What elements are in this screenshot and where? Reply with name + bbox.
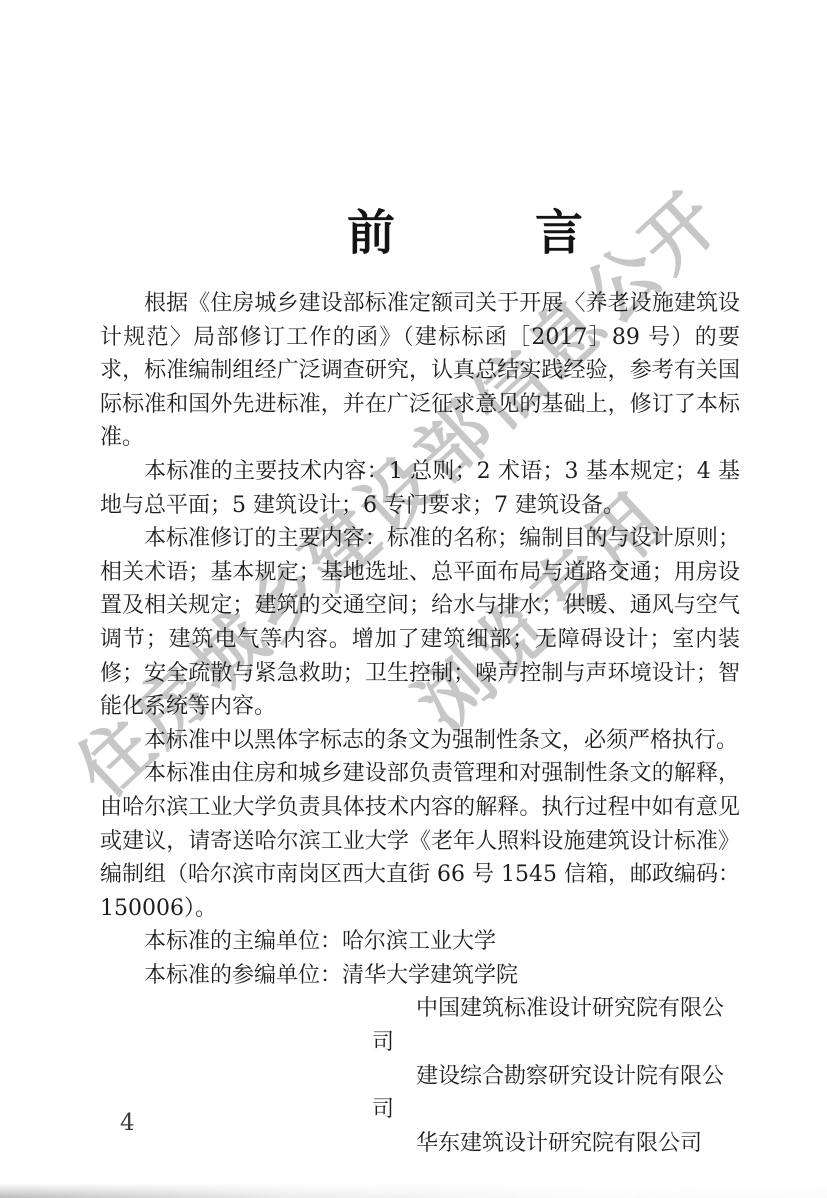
participating-unit: 中国建筑标准设计研究院有限公司 xyxy=(100,992,740,1059)
page-title: 前言 xyxy=(145,194,785,263)
participating-unit: 建设综合勘察研究设计院有限公司 xyxy=(100,1060,740,1127)
page-number: 4 xyxy=(120,1110,135,1136)
preface-paragraph-5: 本标准由住房和城乡建设部负责管理和对强制性条文的解释，由哈尔滨工业大学负责具体技… xyxy=(100,757,740,925)
title-char-1: 前 xyxy=(347,205,395,261)
title-char-2: 言 xyxy=(535,205,583,261)
preface-body: 根据《住房城乡建设部标准定额司关于开展〈养老设施建筑设计规范〉局部修订工作的函》… xyxy=(100,287,740,1160)
preface-paragraph-1: 根据《住房城乡建设部标准定额司关于开展〈养老设施建筑设计规范〉局部修订工作的函》… xyxy=(100,287,740,455)
participating-editor-line: 本标准的参编单位：清华大学建筑学院 xyxy=(100,959,740,993)
participating-unit: 华东建筑设计研究院有限公司 xyxy=(100,1127,740,1161)
scan-bottom-shadow xyxy=(0,1183,827,1198)
preface-paragraph-4: 本标准中以黑体字标志的条文为强制性条文，必须严格执行。 xyxy=(100,724,740,758)
chief-editor-line: 本标准的主编单位：哈尔滨工业大学 xyxy=(100,925,740,959)
preface-paragraph-2: 本标准的主要技术内容：1 总则；2 术语；3 基本规定；4 基地与总平面；5 建… xyxy=(100,455,740,522)
document-page: 住房城乡建设部信息公开 浏览专用 前言 根据《住房城乡建设部标准定额司关于开展〈… xyxy=(0,0,827,1198)
preface-paragraph-3: 本标准修订的主要内容：标准的名称；编制目的与设计原则；相关术语；基本规定；基地选… xyxy=(100,522,740,724)
